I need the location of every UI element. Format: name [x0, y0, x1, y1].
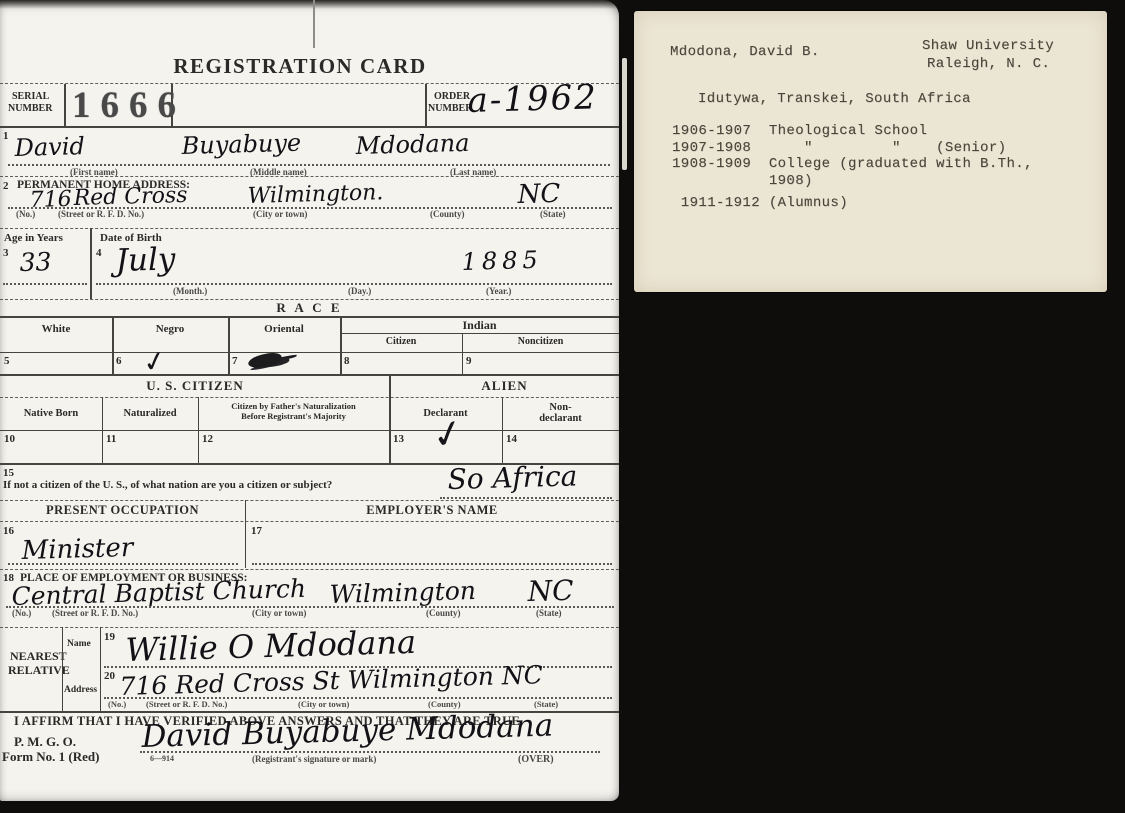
over-caption: (OVER): [518, 754, 554, 765]
write-line: [8, 164, 610, 166]
rule: [0, 176, 619, 177]
race-col-white: White: [0, 324, 112, 336]
serial-number-value: 1666: [72, 87, 186, 124]
rule: [0, 500, 619, 501]
last-name-value: Mdodana: [355, 131, 469, 158]
col-father-naturalization: Before Registrant's Majority: [198, 412, 389, 421]
write-line: [252, 563, 612, 565]
print-code: 6—914: [150, 754, 174, 763]
form-number-text: Form No. 1 (Red): [2, 750, 99, 764]
first-name-value: David: [14, 134, 85, 160]
index-card: Mdodona, David B. Shaw University Raleig…: [634, 11, 1107, 292]
rule: [0, 352, 619, 353]
alien-header: ALIEN: [390, 379, 619, 393]
no-caption: (No.): [108, 699, 126, 709]
index-name: Mdodona, David B.: [670, 44, 820, 61]
write-line: [8, 563, 238, 565]
street-caption: (Street or R. F. D. No.): [58, 209, 144, 219]
rule: [0, 397, 619, 398]
nation-answer-value: So Africa: [447, 462, 577, 494]
citizen-cell-number: 14: [506, 433, 517, 445]
field-number: 4: [96, 247, 102, 259]
county-caption: (County): [426, 608, 461, 618]
index-history-line: 1908): [672, 173, 1033, 190]
race-cell-number: 5: [4, 355, 10, 367]
index-origin: Idutywa, Transkei, South Africa: [698, 91, 971, 108]
month-caption: (Month.): [173, 286, 207, 296]
order-number-label: ORDER: [434, 92, 470, 103]
col-father-naturalization: Citizen by Father's Naturalization: [198, 402, 389, 411]
age-header: Age in Years: [4, 233, 63, 245]
address-state-value: NC: [517, 181, 560, 208]
scan-background: REGISTRATION CARD SERIAL NUMBER 1666 ORD…: [0, 0, 1125, 813]
rule: [0, 374, 619, 376]
rule: [0, 126, 619, 128]
rule: [0, 430, 619, 431]
race-col-oriental: Oriental: [228, 324, 340, 336]
age-value: 33: [19, 249, 51, 275]
city-caption: (City or town): [298, 699, 349, 709]
citizen-cell-number: 11: [106, 433, 116, 445]
col-non-declarant: declarant: [502, 413, 619, 424]
rule: [0, 569, 619, 570]
field-number: 20: [104, 670, 115, 682]
write-line: [440, 497, 612, 499]
year-caption: (Year.): [486, 286, 511, 296]
rule: [245, 500, 246, 568]
us-citizen-header: U. S. CITIZEN: [0, 379, 390, 393]
rule: [0, 316, 619, 318]
negro-checkmark: ✓: [140, 346, 169, 378]
index-history: 1906-1907 Theological School 1907-1908 "…: [672, 123, 1033, 212]
no-caption: (No.): [16, 209, 35, 219]
rule: [0, 521, 619, 522]
birth-year-value: 1885: [461, 248, 543, 274]
rule: [0, 228, 619, 229]
middle-name-value: Buyabuye: [181, 131, 301, 158]
serial-number-label: SERIAL: [12, 92, 49, 103]
nearest-relative-header: NEAREST: [10, 650, 67, 663]
employment-city-value: Wilmington: [329, 578, 476, 607]
field-number: 2: [3, 180, 9, 192]
employer-header: EMPLOYER'S NAME: [245, 504, 619, 517]
rule: [64, 84, 66, 126]
field-number: 16: [3, 525, 14, 537]
county-caption: (County): [430, 209, 465, 219]
col-non-declarant: Non-: [502, 402, 619, 413]
county-caption: (County): [428, 699, 461, 709]
order-number-value: a-1962: [467, 80, 598, 118]
citizen-cell-number: 13: [393, 433, 404, 445]
street-caption: (Street or R. F. D. No.): [52, 608, 138, 618]
write-line: [96, 283, 612, 285]
nation-question: If not a citizen of the U. S., of what n…: [3, 480, 332, 492]
occupation-header: PRESENT OCCUPATION: [0, 504, 245, 517]
registration-card: REGISTRATION CARD SERIAL NUMBER 1666 ORD…: [0, 0, 619, 801]
signature-caption: (Registrant's signature or mark): [252, 754, 376, 764]
index-history-line: 1907-1908 " " (Senior): [672, 140, 1033, 157]
birth-month-value: July: [115, 244, 176, 277]
citizen-cell-number: 12: [202, 433, 213, 445]
state-caption: (State): [536, 608, 562, 618]
col-native-born: Native Born: [0, 408, 102, 419]
write-line: [140, 751, 600, 753]
employment-state-value: NC: [527, 577, 574, 606]
citizen-cell-number: 10: [4, 433, 15, 445]
rule: [425, 84, 427, 126]
race-col-indian-noncitizen: Noncitizen: [462, 337, 619, 348]
rule: [90, 228, 92, 299]
street-caption: (Street or R. F. D. No.): [146, 699, 227, 709]
race-cell-number: 8: [344, 355, 350, 367]
employment-value: Central Baptist Church: [11, 576, 306, 609]
day-caption: (Day.): [348, 286, 371, 296]
race-col-negro: Negro: [112, 324, 228, 336]
card-title: REGISTRATION CARD: [40, 55, 560, 77]
relative-address-label: Address: [64, 686, 97, 696]
address-city-value: Wilmington.: [247, 182, 383, 208]
field-number: 19: [104, 631, 115, 643]
race-col-indian: Indian: [340, 319, 619, 332]
rule: [340, 333, 619, 334]
paper-top-smudge: [0, 0, 619, 9]
field-number: 15: [3, 467, 14, 479]
race-cell-number: 9: [466, 355, 472, 367]
index-history-line: 1906-1907 Theological School: [672, 123, 1033, 140]
write-line: [3, 283, 87, 285]
serial-number-label: NUMBER: [8, 104, 52, 115]
paper-edge-fragment: [622, 58, 627, 170]
relative-name-label: Name: [67, 640, 91, 650]
field-number: 3: [3, 247, 9, 259]
rule: [62, 627, 63, 711]
rule: [100, 627, 101, 711]
order-number-label: NUMBER: [428, 104, 472, 115]
race-cell-number: 6: [116, 355, 122, 367]
ink-smudge: [247, 351, 283, 370]
index-history-line: 1908-1909 College (graduated with B.Th.,: [672, 156, 1033, 173]
index-institution-city: Raleigh, N. C.: [927, 56, 1050, 73]
registrant-signature: David Buyabuye Mdodana: [141, 711, 553, 753]
field-number: 1: [3, 130, 9, 142]
col-naturalized: Naturalized: [102, 408, 198, 419]
no-caption: (No.): [12, 608, 31, 618]
field-number: 17: [251, 525, 262, 537]
race-col-indian-citizen: Citizen: [340, 337, 462, 348]
relative-name-value: Willie O Mdodana: [125, 626, 416, 666]
state-caption: (State): [540, 209, 566, 219]
paper-crease: [313, 0, 315, 48]
race-title: R A C E: [0, 301, 619, 315]
city-caption: (City or town): [252, 608, 306, 618]
form-agency-text: P. M. G. O.: [14, 735, 76, 749]
nearest-relative-header: RELATIVE: [8, 664, 70, 677]
race-cell-number: 7: [232, 355, 238, 367]
index-history-line: 1911-1912 (Alumnus): [672, 195, 1033, 212]
occupation-value: Minister: [21, 535, 133, 564]
city-caption: (City or town): [253, 209, 307, 219]
index-institution: Shaw University: [922, 38, 1054, 55]
